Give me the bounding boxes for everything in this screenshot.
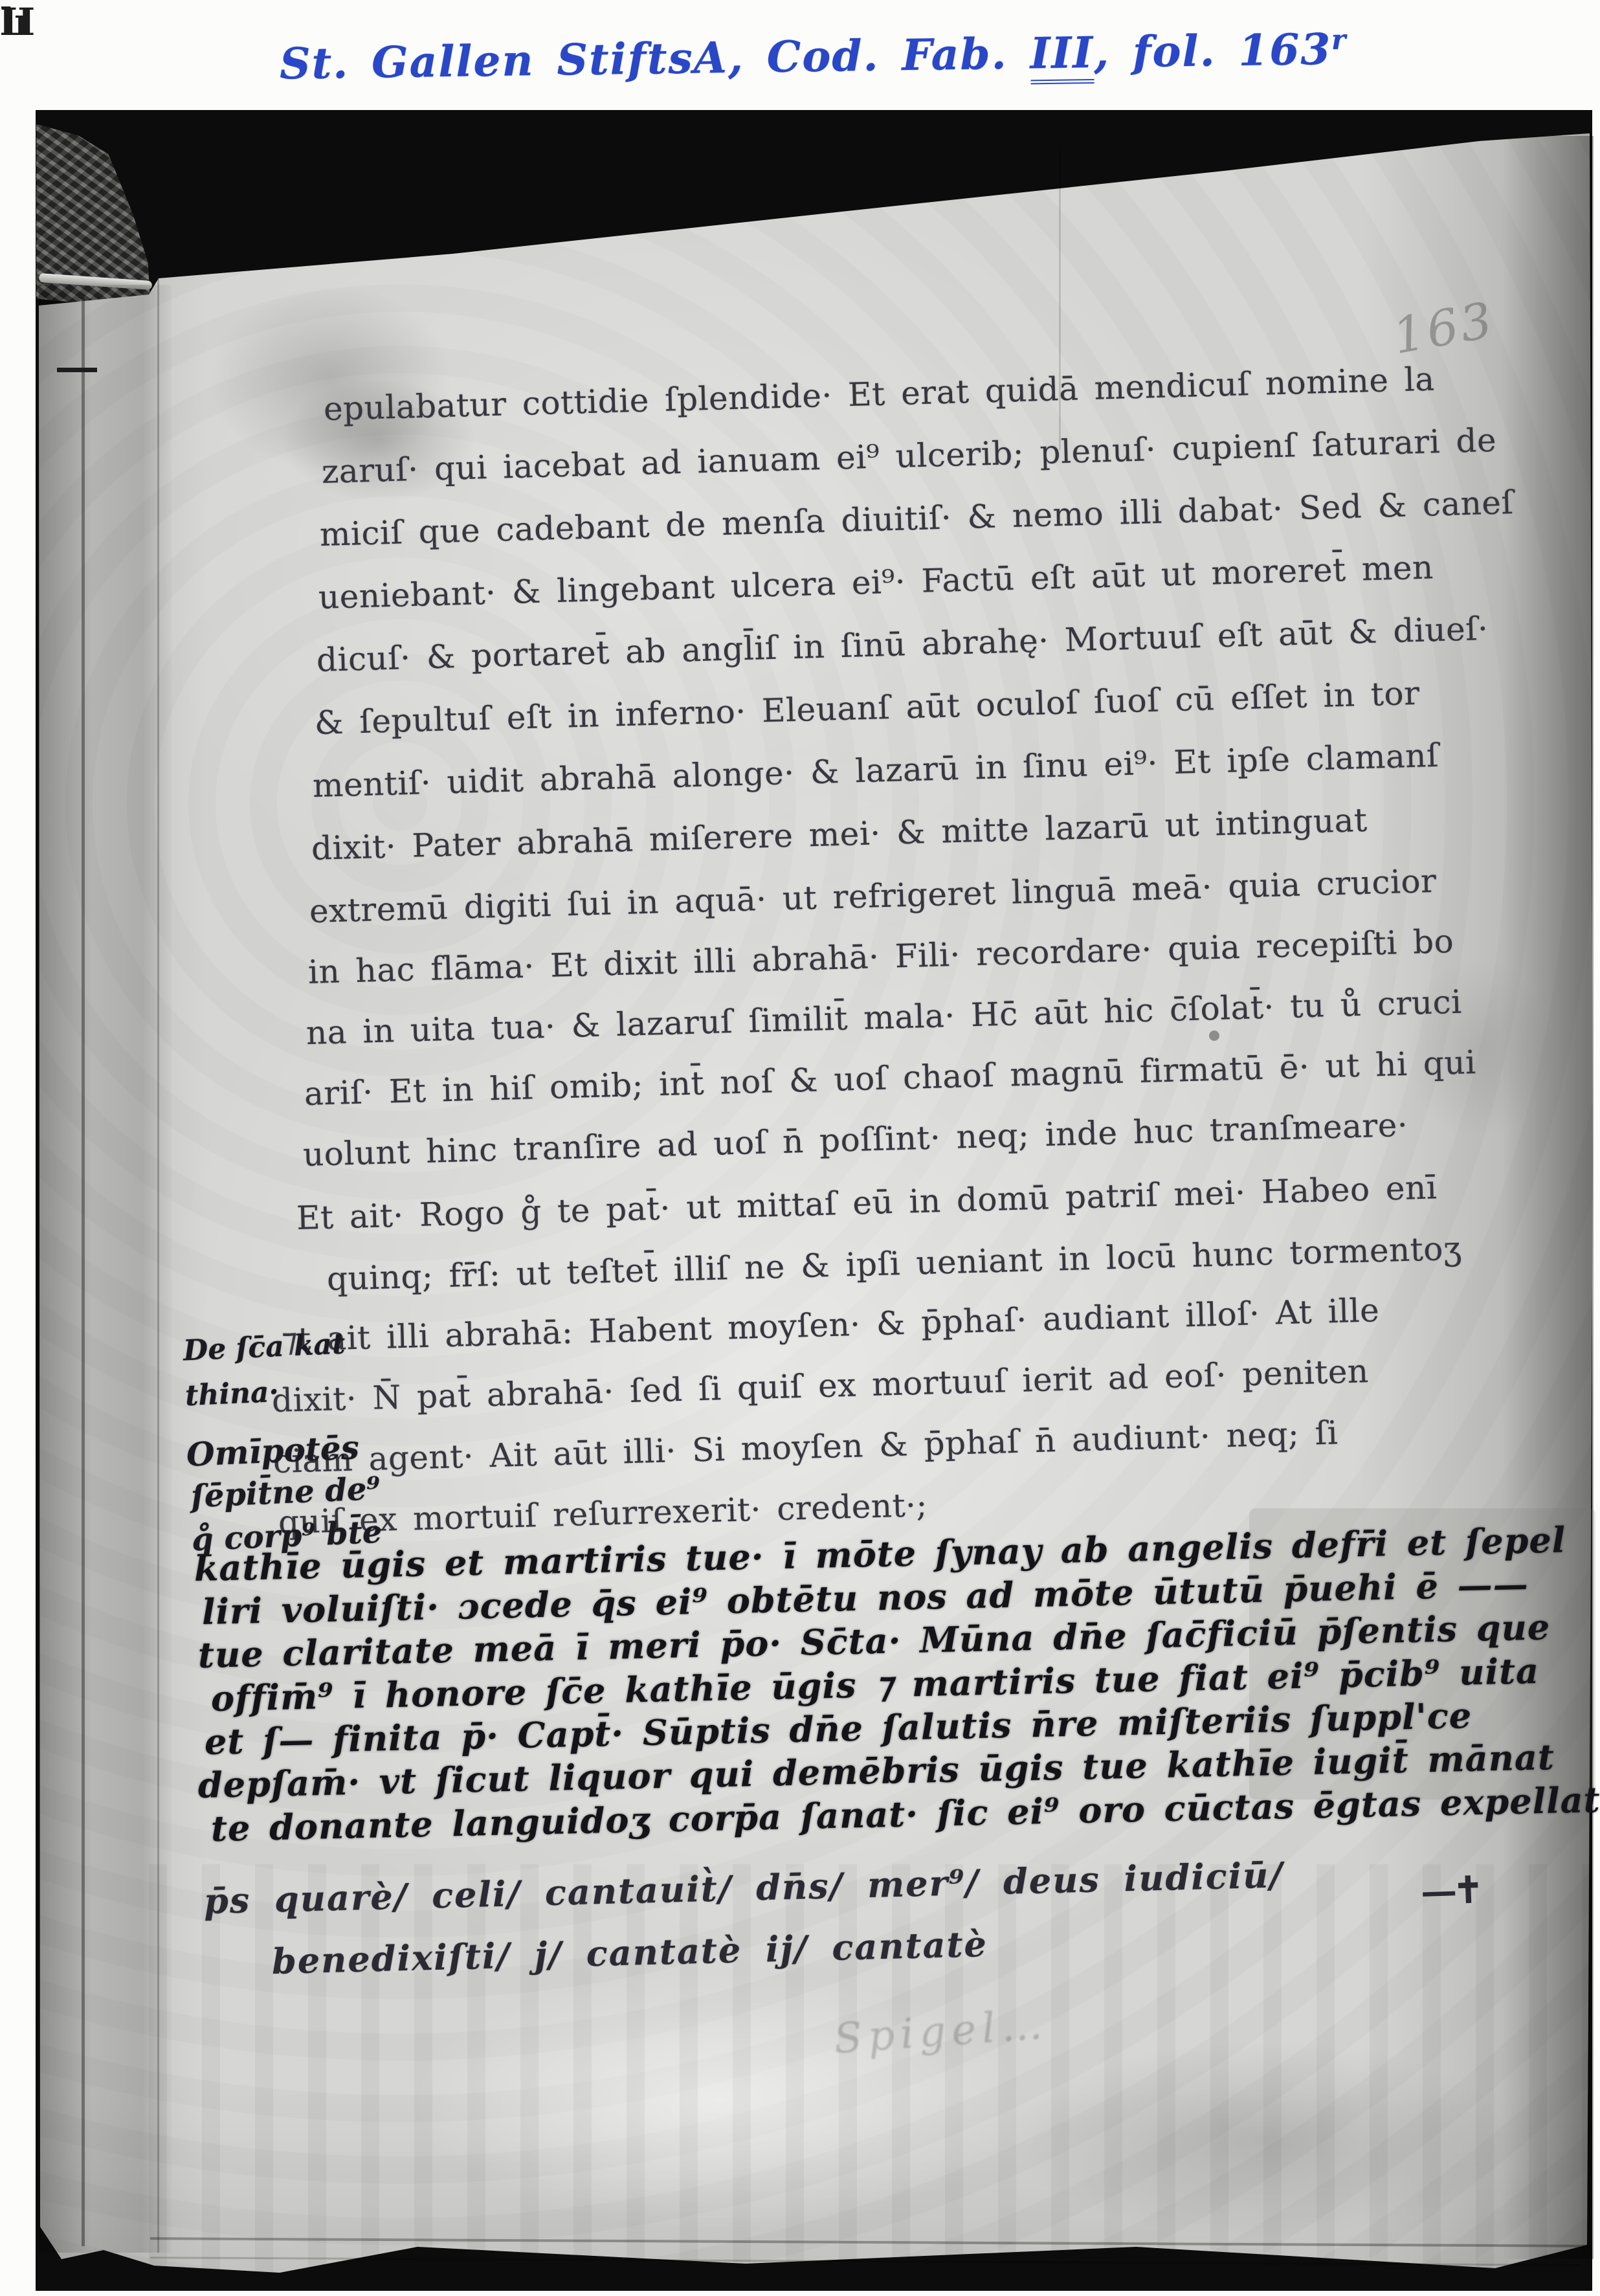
annotation-text: St. Gallen StiftsA, Cod. Fab. <box>280 28 1031 89</box>
letter-fragment: lı <box>0 0 28 44</box>
cross-mark: —✝ <box>1420 1868 1480 1913</box>
archive-annotation: St. Gallen StiftsA, Cod. Fab. III, fol. … <box>280 23 1348 89</box>
margin-note: De ſc̄a kat <box>183 1328 346 1368</box>
letter-fragment-bar <box>57 368 97 372</box>
annotation-roman-numeral: III <box>1030 27 1094 84</box>
annotation-superscript-r: r <box>1331 23 1348 55</box>
margin-note: thina· <box>184 1376 280 1412</box>
margin-note: Omīpotēs <box>186 1428 360 1474</box>
annotation-text: , fol. 163 <box>1094 24 1332 78</box>
manuscript-scan: { "annotation": { "part1": "St. Gallen S… <box>0 0 1600 2296</box>
